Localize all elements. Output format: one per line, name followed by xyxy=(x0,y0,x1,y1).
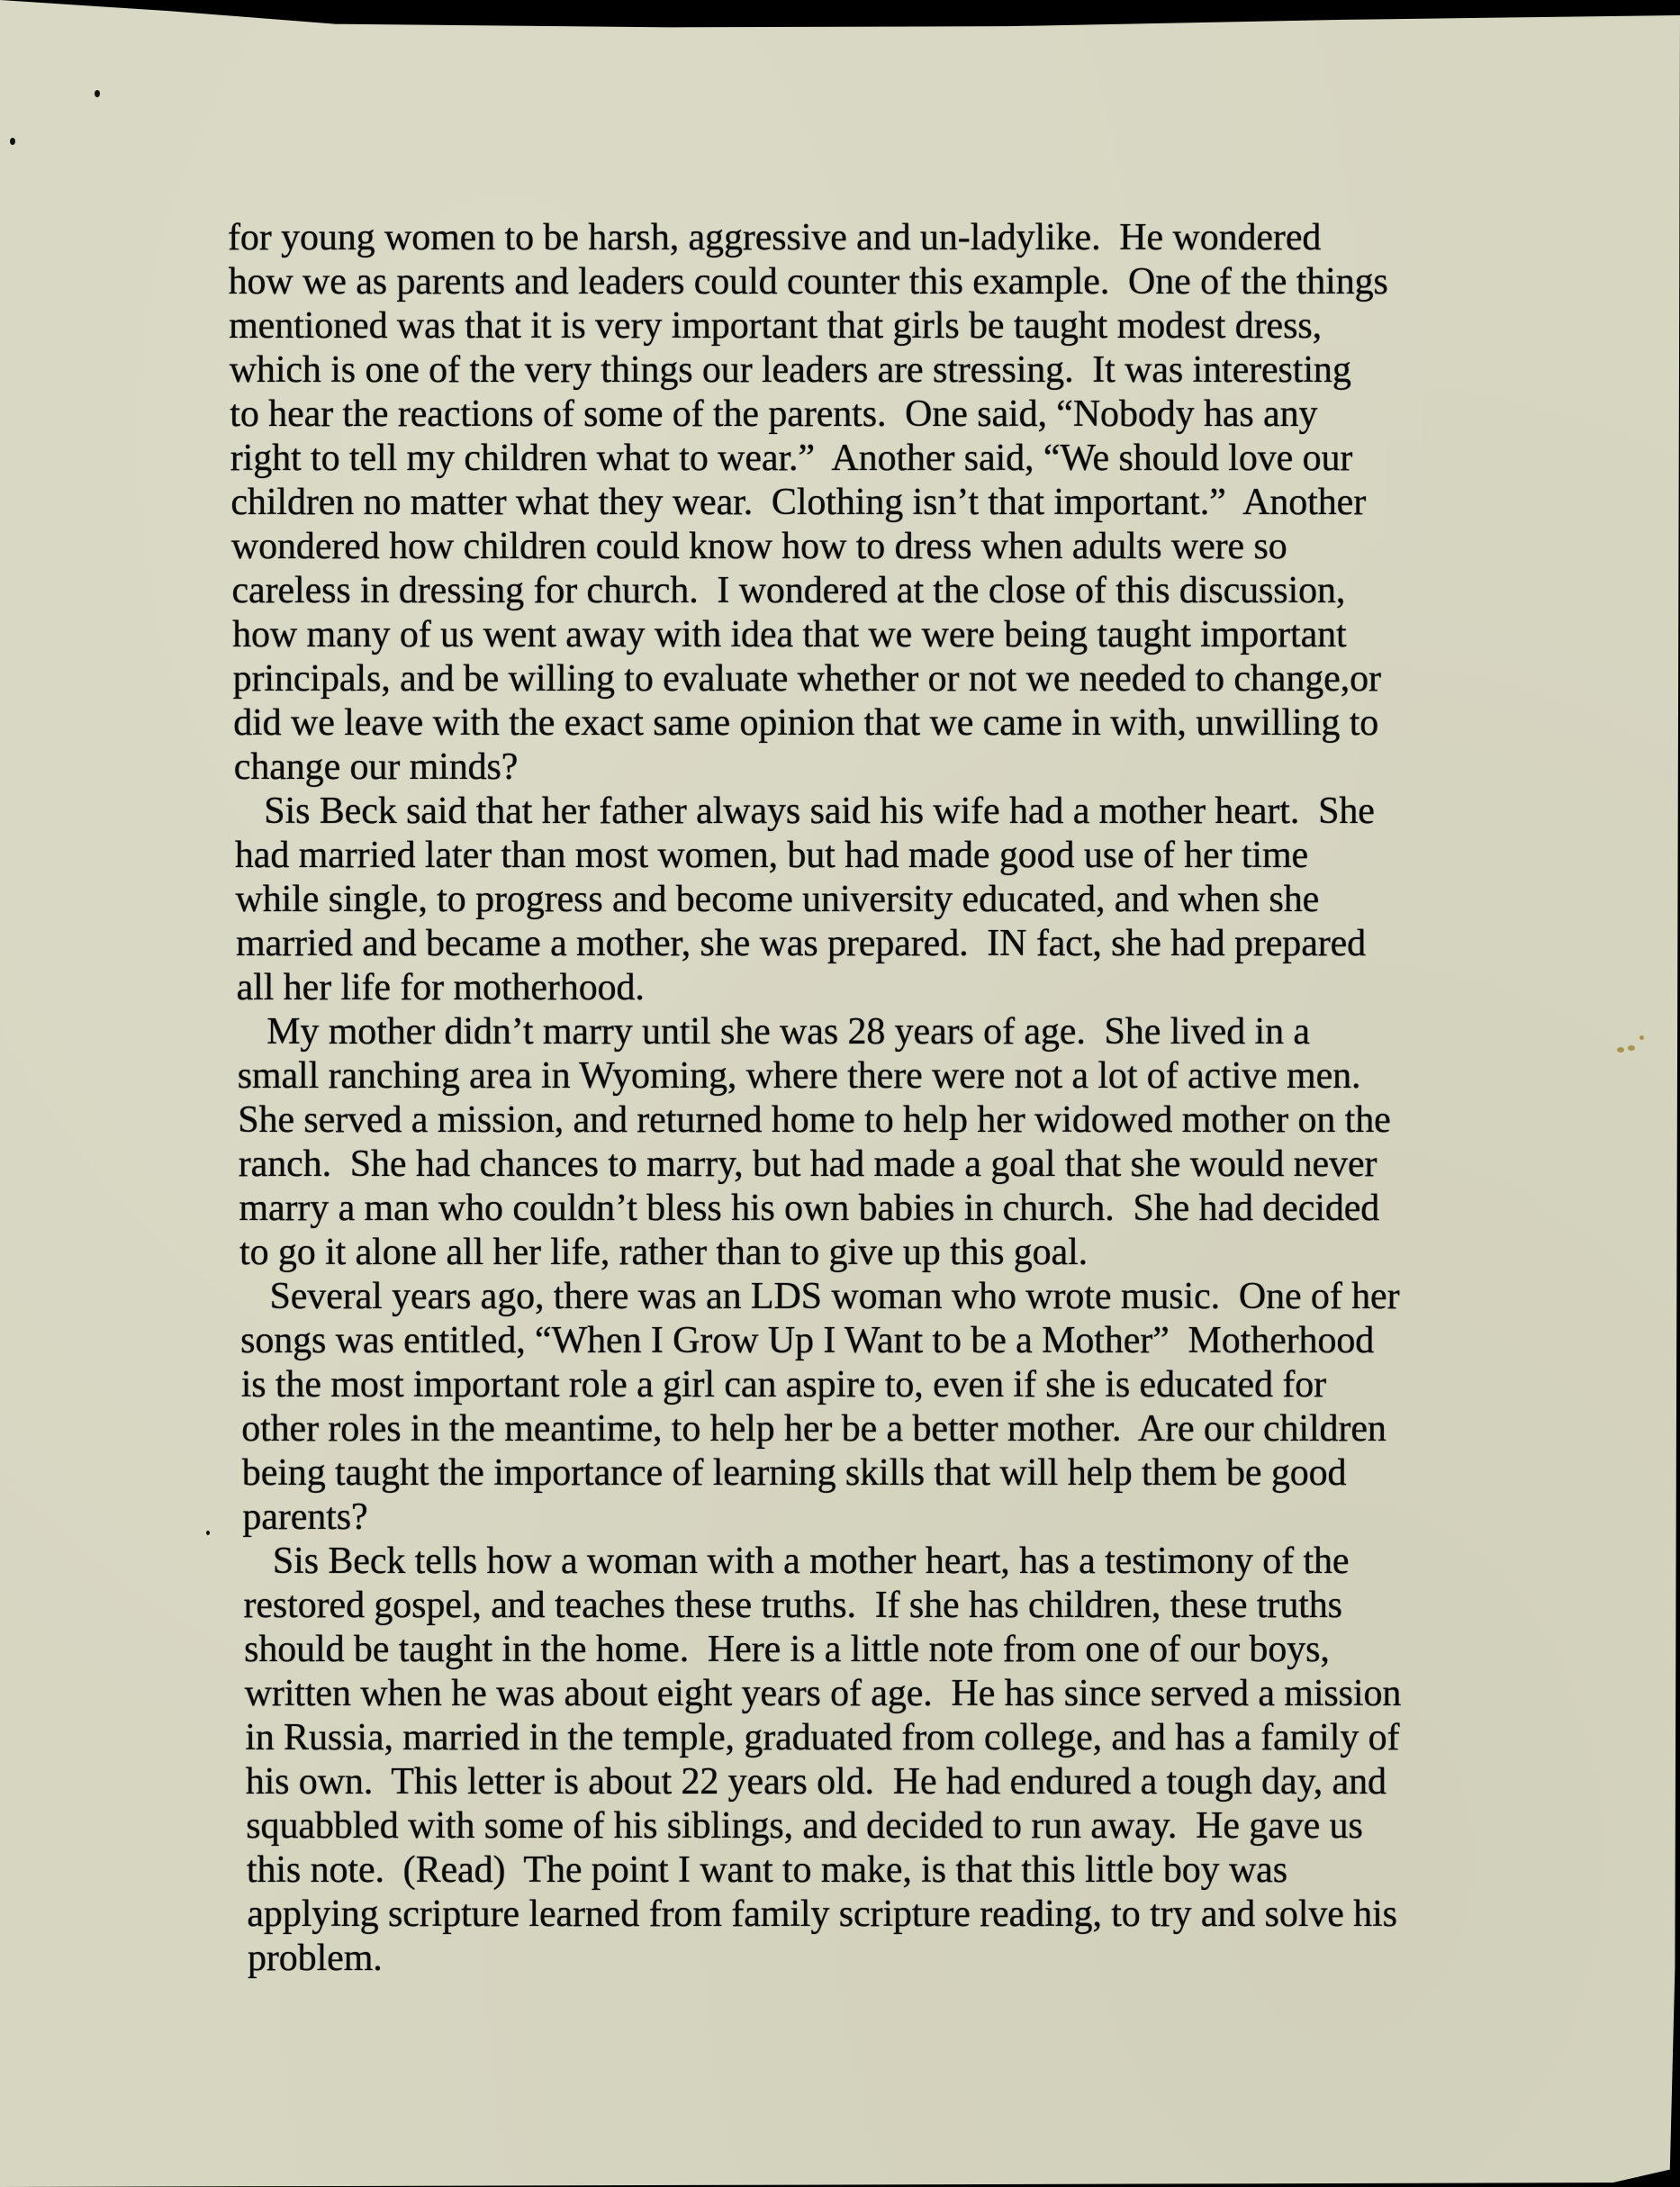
text-line: how many of us went away with idea that … xyxy=(232,616,1347,654)
text-line: for young women to be harsh, aggressive … xyxy=(228,219,1321,257)
text-line: how we as parents and leaders could coun… xyxy=(229,263,1388,301)
stain-mark xyxy=(1617,1047,1624,1053)
stain-mark xyxy=(1628,1045,1635,1051)
text-line: problem. xyxy=(248,1939,383,1977)
text-line: being taught the importance of learning … xyxy=(242,1454,1347,1492)
text-line: My mother didn’t marry until she was 28 … xyxy=(266,1013,1310,1051)
text-line: should be taught in the home. Here is a … xyxy=(244,1631,1330,1668)
text-line: principals, and be willing to evaluate w… xyxy=(233,660,1381,698)
text-line: applying scripture learned from family s… xyxy=(247,1895,1397,1933)
text-line: his own. This letter is about 22 years o… xyxy=(246,1763,1386,1801)
text-line: all her life for motherhood. xyxy=(237,969,645,1007)
text-line: is the most important role a girl can as… xyxy=(241,1366,1326,1404)
text-line: She served a mission, and returned home … xyxy=(238,1101,1390,1139)
speck-mark xyxy=(95,90,100,97)
text-line: wondered how children could know how to … xyxy=(231,528,1287,565)
text-line: songs was entitled, “When I Grow Up I Wa… xyxy=(240,1322,1374,1360)
text-line: right to tell my children what to wear.”… xyxy=(230,439,1353,477)
text-line: Sis Beck tells how a woman with a mother… xyxy=(273,1542,1350,1580)
text-line: children no matter what they wear. Cloth… xyxy=(230,483,1366,521)
text-line: married and became a mother, she was pre… xyxy=(236,925,1366,962)
text-line: to hear the reactions of some of the par… xyxy=(230,395,1317,433)
stain-mark xyxy=(1639,1035,1644,1040)
text-line: had married later than most women, but h… xyxy=(235,836,1308,874)
text-line: this note. (Read) The point I want to ma… xyxy=(247,1851,1287,1889)
text-line: restored gospel, and teaches these truth… xyxy=(244,1586,1342,1624)
text-line: other roles in the meantime, to help her… xyxy=(241,1410,1386,1448)
text-line: which is one of the very things our lead… xyxy=(230,351,1351,389)
text-line: ranch. She had chances to marry, but had… xyxy=(239,1145,1377,1183)
text-line: mentioned was that it is very important … xyxy=(229,307,1322,345)
text-line: Several years ago, there was an LDS woma… xyxy=(270,1278,1400,1315)
text-line: small ranching area in Wyoming, where th… xyxy=(238,1057,1361,1095)
text-line: did we leave with the exact same opinion… xyxy=(233,704,1378,742)
text-line: parents? xyxy=(242,1498,367,1536)
text-line: Sis Beck said that her father always sai… xyxy=(264,792,1374,830)
text-line: marry a man who couldn’t bless his own b… xyxy=(239,1189,1379,1227)
text-line: to go it alone all her life, rather than… xyxy=(239,1234,1088,1271)
text-line: careless in dressing for church. I wonde… xyxy=(232,572,1346,610)
speck-mark xyxy=(10,138,15,145)
text-line: written when he was about eight years of… xyxy=(245,1675,1402,1713)
text-line: change our minds? xyxy=(234,748,519,786)
text-line: in Russia, married in the temple, gradua… xyxy=(245,1719,1399,1757)
text-line: squabbled with some of his siblings, and… xyxy=(246,1807,1362,1845)
text-line: while single, to progress and become uni… xyxy=(236,881,1320,918)
speck-mark xyxy=(206,1531,210,1535)
